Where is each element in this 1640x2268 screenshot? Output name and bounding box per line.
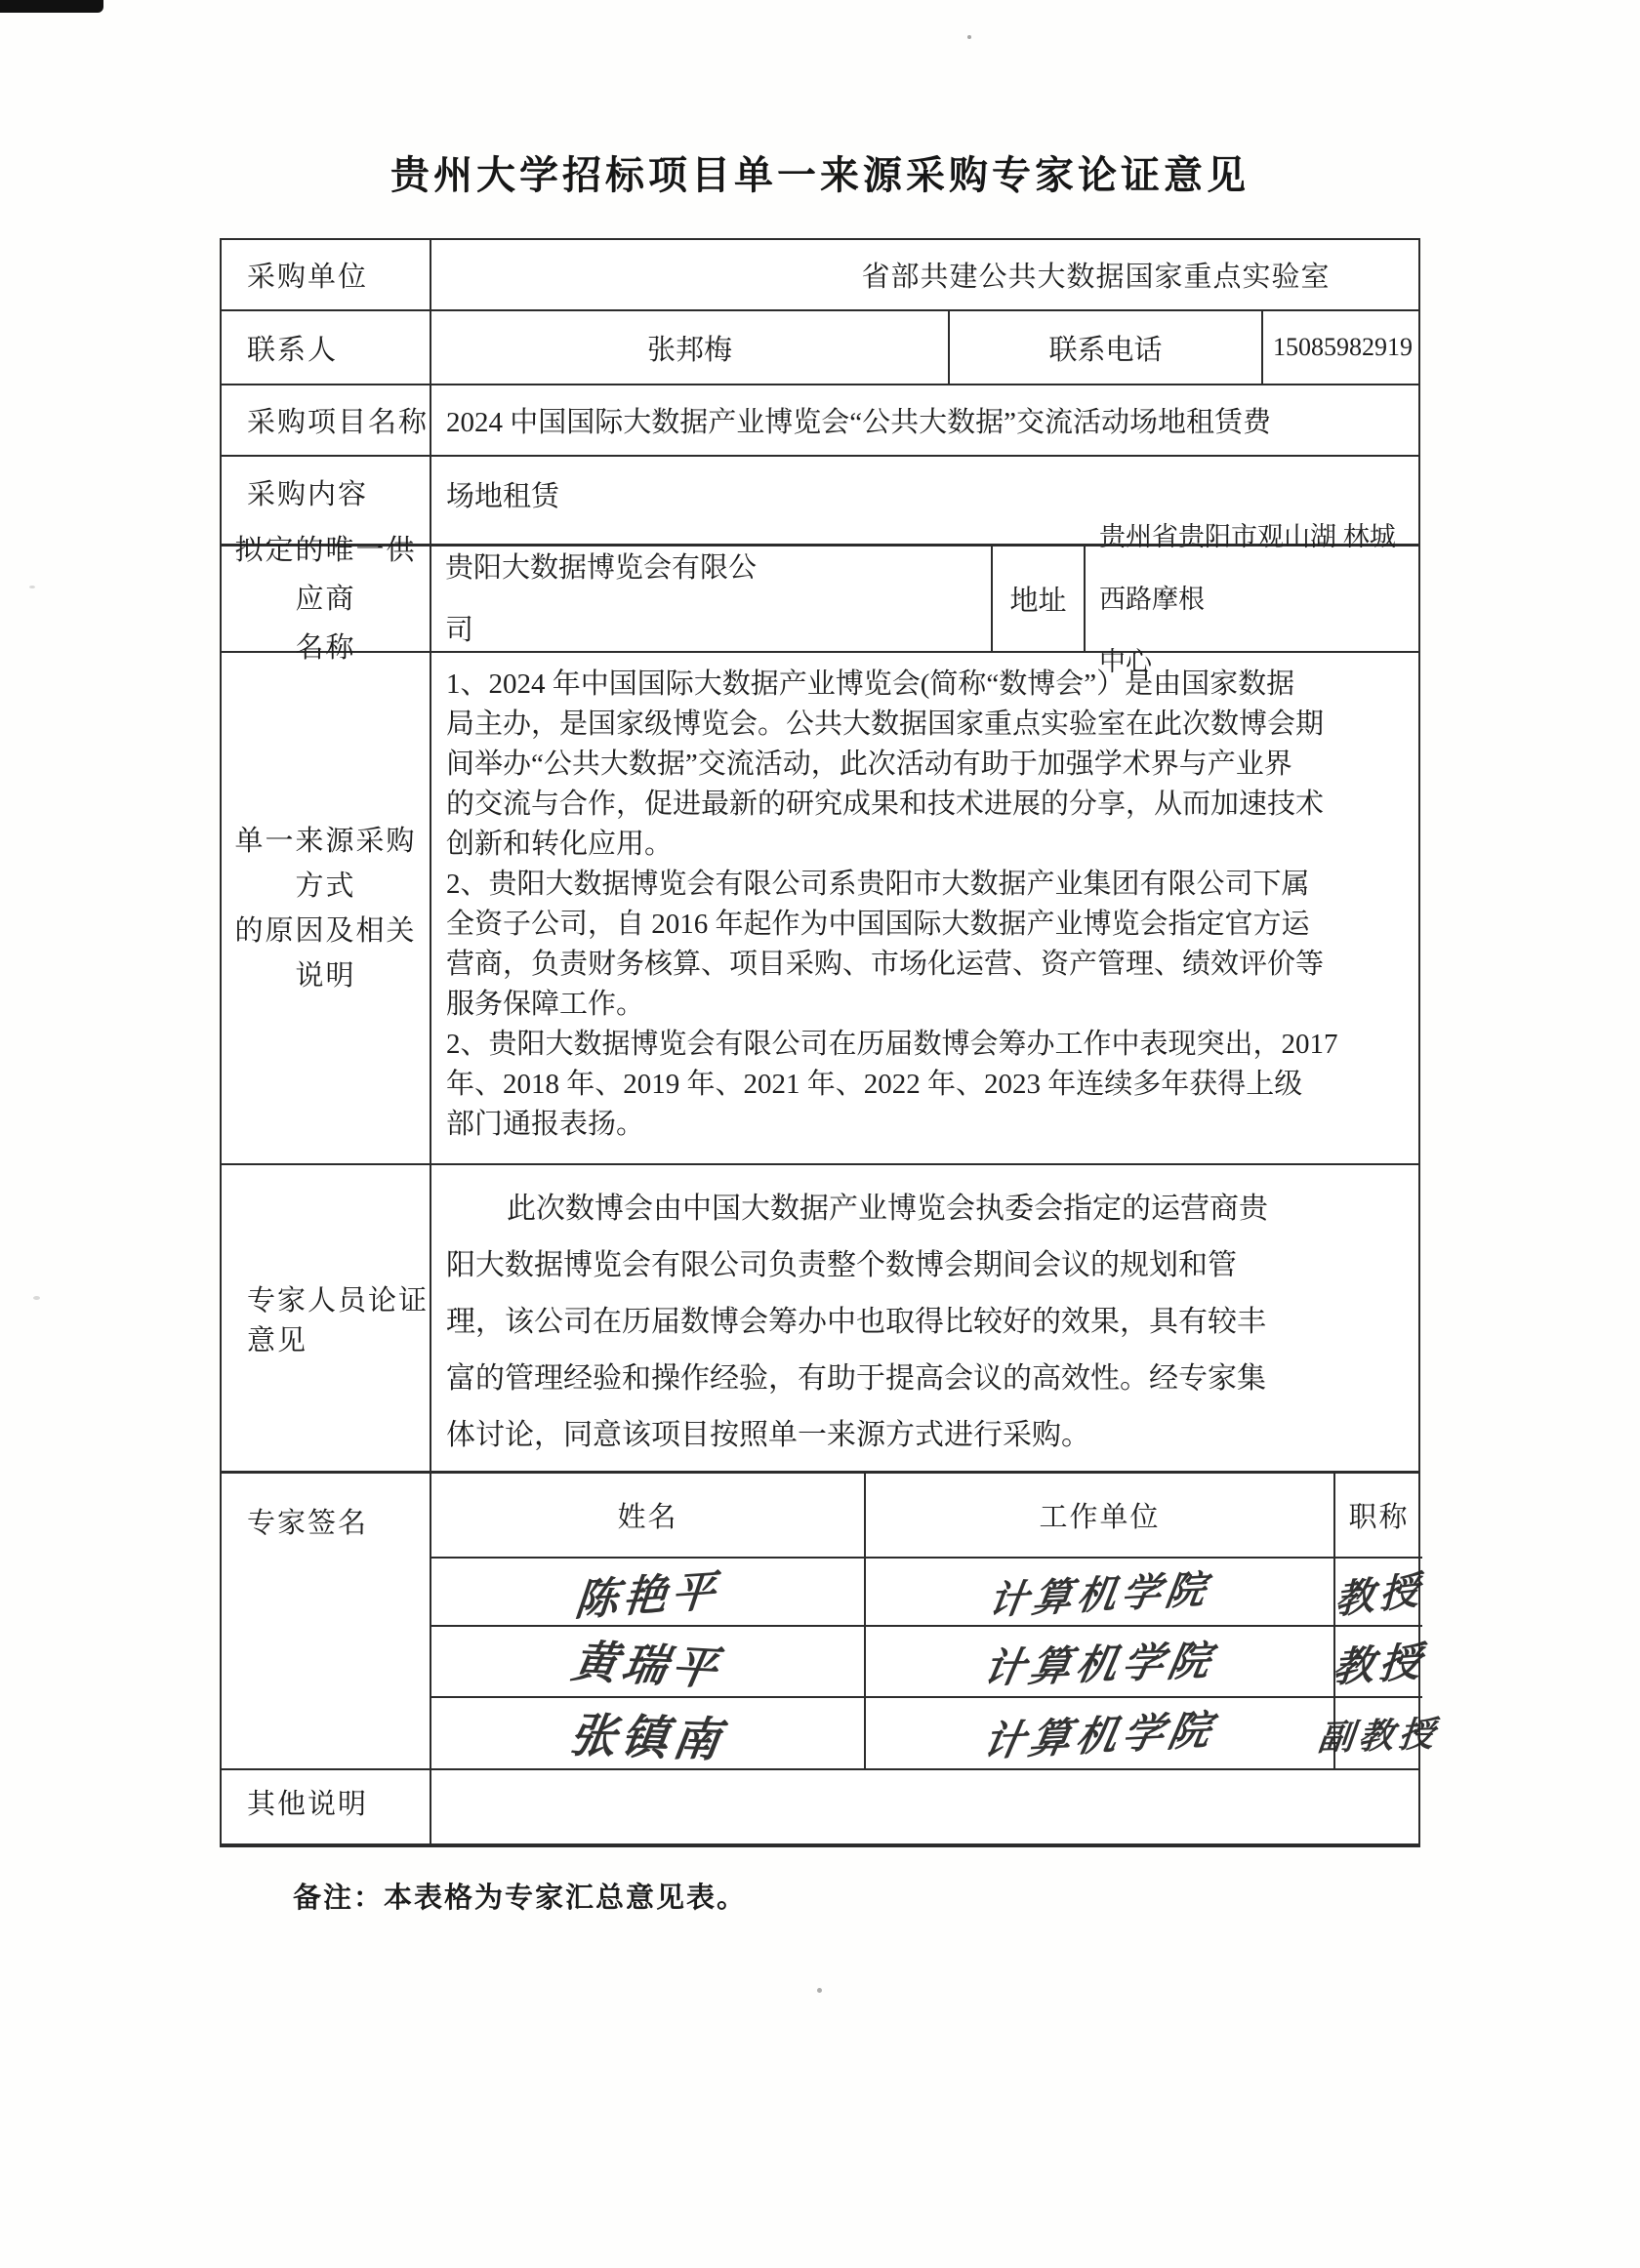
supplier-address-line1: 贵州省贵阳市观山湖 林城西路摩根 — [1099, 506, 1418, 630]
row-expert-opinion: 专家人员论证意见 此次数博会由中国大数据产业博览会执委会指定的运营商贵 阳大数据… — [222, 1165, 1418, 1474]
opinion-line: 富的管理经验和操作经验，有助于提高会议的高效性。经专家集 — [446, 1351, 1414, 1407]
reason-line: 营商，负责财务核算、项目采购、市场化运营、资产管理、绩效评价等 — [446, 945, 1413, 985]
supplier-label: 拟定的唯一供应商 名称 — [222, 547, 431, 651]
reason-line: 的交流与合作，促进最新的研究成果和技术进展的分享，从而加速技术 — [446, 785, 1413, 825]
expert-signature-unit: 计算机学院 — [985, 1559, 1214, 1626]
expert-signature-name: 黄瑞平 — [568, 1626, 727, 1698]
supplier-address: 贵州省贵阳市观山湖 林城西路摩根 中心 — [1086, 547, 1422, 651]
column-header-unit: 工作单位 — [866, 1474, 1335, 1557]
column-header-title: 职称 — [1335, 1474, 1422, 1557]
expert-signature-name: 陈艳平 — [573, 1556, 723, 1628]
purchasing-unit-value: 省部共建公共大数据国家重点实验室 — [431, 240, 1418, 309]
expert-opinion-text: 此次数博会由中国大数据产业博览会执委会指定的运营商贵 阳大数据博览会有限公司负责… — [431, 1165, 1418, 1471]
signatures-label: 专家签名 — [222, 1474, 431, 1768]
row-project-name: 采购项目名称 2024 中国国际大数据产业博览会“公共大数据”交流活动场地租赁费 — [222, 385, 1418, 457]
row-reason: 单一来源采购方式 的原因及相关说明 1、2024 年中国国际大数据产业博览会(简… — [222, 653, 1418, 1165]
other-notes-value — [431, 1770, 1418, 1843]
expert-signature-unit: 计算机学院 — [979, 1628, 1220, 1694]
scan-speck — [33, 1296, 40, 1300]
row-signatures: 专家签名 姓名 工作单位 职称 陈艳平 计算机学院 教授 黄瑞平 计算机学院 教… — [222, 1474, 1418, 1770]
opinion-line: 体讨论，同意该项目按照单一来源方式进行采购。 — [446, 1407, 1414, 1464]
expert-signature-title: 教授 — [1330, 1629, 1427, 1693]
purchasing-unit-label: 采购单位 — [222, 240, 431, 309]
contact-label: 联系人 — [222, 311, 431, 384]
signature-row: 陈艳平 计算机学院 教授 — [431, 1559, 1422, 1627]
reason-line: 2、贵阳大数据博览会有限公司在历届数博会筹办工作中表现突出，2017 — [446, 1025, 1413, 1065]
reason-label: 单一来源采购方式 的原因及相关说明 — [222, 653, 431, 1163]
row-purchasing-unit: 采购单位 省部共建公共大数据国家重点实验室 — [222, 240, 1418, 311]
column-header-name: 姓名 — [431, 1474, 866, 1557]
procurement-table: 采购单位 省部共建公共大数据国家重点实验室 联系人 张邦梅 联系电话 15085… — [220, 238, 1420, 1847]
page-title: 贵州大学招标项目单一来源采购专家论证意见 — [0, 144, 1640, 200]
scan-artifact-bar — [0, 0, 103, 13]
signatures-header: 姓名 工作单位 职称 — [431, 1474, 1422, 1559]
row-supplier: 拟定的唯一供应商 名称 贵阳大数据博览会有限公 司 地址 贵州省贵阳市观山湖 林… — [222, 547, 1418, 653]
signatures-grid: 姓名 工作单位 职称 陈艳平 计算机学院 教授 黄瑞平 计算机学院 教授 张镇南… — [431, 1474, 1422, 1768]
reason-line: 部门通报表扬。 — [446, 1105, 1413, 1145]
reason-line: 2、贵阳大数据博览会有限公司系贵阳市大数据产业集团有限公司下属 — [446, 865, 1413, 905]
reason-line: 1、2024 年中国国际大数据产业博览会(简称“数博会”）是由国家数据 — [446, 665, 1413, 705]
supplier-label-line1: 拟定的唯一供应商 — [222, 526, 430, 624]
scan-speck — [967, 35, 971, 39]
reason-line: 全资子公司，自 2016 年起作为中国国际大数据产业博览会指定官方运 — [446, 905, 1413, 945]
row-contact: 联系人 张邦梅 联系电话 15085982919 — [222, 311, 1418, 385]
reason-label-line1: 单一来源采购方式 — [222, 819, 430, 909]
signature-row: 张镇南 计算机学院 副教授 — [431, 1698, 1422, 1768]
contact-phone-number: 15085982919 — [1263, 311, 1422, 384]
scan-speck — [29, 586, 35, 588]
expert-signature-unit: 计算机学院 — [978, 1698, 1220, 1768]
row-other-notes: 其他说明 — [222, 1770, 1418, 1843]
other-notes-label: 其他说明 — [222, 1770, 431, 1843]
document-page: 贵州大学招标项目单一来源采购专家论证意见 采购单位 省部共建公共大数据国家重点实… — [0, 0, 1640, 2268]
footer-note: 备注：本表格为专家汇总意见表。 — [293, 1876, 747, 1916]
reason-line: 服务保障工作。 — [446, 985, 1413, 1025]
signature-row: 黄瑞平 计算机学院 教授 — [431, 1627, 1422, 1698]
opinion-line: 理，该公司在历届数博会筹办中也取得比较好的效果，具有较丰 — [446, 1294, 1414, 1351]
reason-label-line2: 的原因及相关说明 — [222, 909, 430, 998]
project-name-label: 采购项目名称 — [222, 385, 431, 455]
expert-opinion-label: 专家人员论证意见 — [222, 1165, 431, 1471]
supplier-name-line2: 司 — [445, 599, 473, 662]
expert-signature-title: 教授 — [1334, 1559, 1424, 1625]
reason-line: 间举办“公共大数据”交流活动，此次活动有助于加强学术界与产业界 — [446, 745, 1413, 785]
expert-signature-title: 副教授 — [1316, 1706, 1442, 1760]
supplier-name: 贵阳大数据博览会有限公 司 — [431, 547, 993, 651]
expert-signature-name: 张镇南 — [565, 1697, 729, 1770]
opinion-line: 此次数博会由中国大数据产业博览会执委会指定的运营商贵 — [446, 1181, 1414, 1237]
contact-phone-label: 联系电话 — [950, 311, 1263, 384]
reason-text: 1、2024 年中国国际大数据产业博览会(简称“数博会”）是由国家数据 局主办，… — [431, 653, 1418, 1163]
scan-speck — [817, 1988, 822, 1993]
supplier-name-line1: 贵阳大数据博览会有限公 — [445, 537, 757, 599]
reason-line: 局主办，是国家级博览会。公共大数据国家重点实验室在此次数博会期 — [446, 705, 1413, 745]
opinion-line: 阳大数据博览会有限公司负责整个数博会期间会议的规划和管 — [446, 1237, 1414, 1294]
reason-line: 年、2018 年、2019 年、2021 年、2022 年、2023 年连续多年… — [446, 1065, 1413, 1105]
contact-name: 张邦梅 — [431, 311, 950, 384]
reason-line: 创新和转化应用。 — [446, 825, 1413, 865]
project-name-value: 2024 中国国际大数据产业博览会“公共大数据”交流活动场地租赁费 — [431, 385, 1418, 455]
supplier-address-label: 地址 — [993, 547, 1086, 651]
